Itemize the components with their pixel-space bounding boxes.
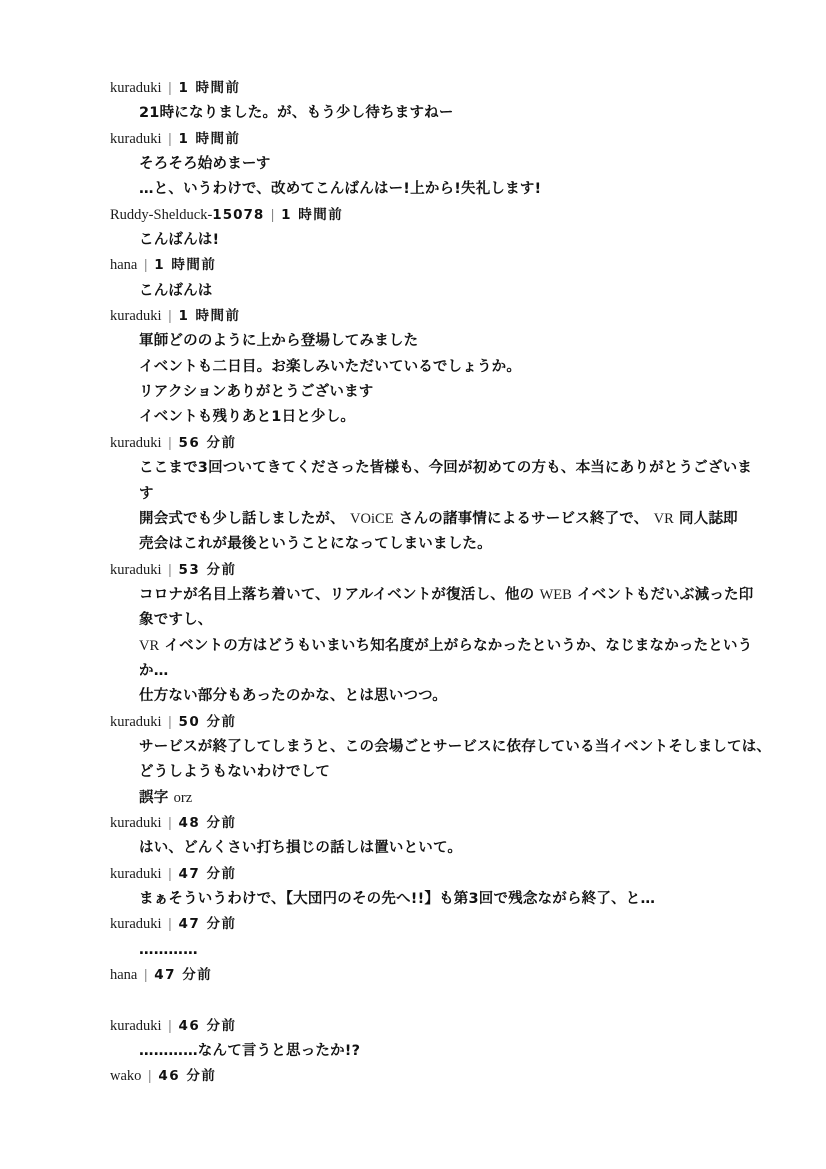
username: Ruddy-Shelduck-15078 (110, 207, 264, 223)
message-header: kuraduki|56 分前 (110, 431, 770, 456)
timestamp: 1 時間前 (154, 257, 216, 273)
message-header: wako|46 分前 (110, 1064, 770, 1089)
separator: | (271, 207, 274, 223)
timestamp: 1 時間前 (178, 131, 240, 147)
message-line: 誤字 orz (110, 786, 770, 811)
timestamp: 47 分前 (178, 916, 236, 932)
chat-message-block: kuraduki|47 分前………… (110, 912, 770, 963)
separator: | (169, 815, 172, 831)
separator: | (144, 967, 147, 983)
chat-message-block: kuraduki|1 時間前そろそろ始めまーす…と、いうわけで、改めてこんばんは… (110, 127, 770, 203)
separator: | (169, 80, 172, 96)
message-line: 軍師どののように上から登場してみました (110, 329, 770, 354)
username: hana (110, 257, 137, 273)
timestamp: 1 時間前 (178, 308, 240, 324)
message-header: kuraduki|1 時間前 (110, 76, 770, 101)
message-line: ………… (110, 938, 770, 963)
timestamp: 48 分前 (178, 815, 236, 831)
username: kuraduki (110, 815, 162, 831)
separator: | (144, 257, 147, 273)
separator: | (169, 562, 172, 578)
username: kuraduki (110, 435, 162, 451)
separator: | (169, 131, 172, 147)
message-header: kuraduki|47 分前 (110, 862, 770, 887)
message-header: hana|1 時間前 (110, 253, 770, 278)
chat-message-block: kuraduki|46 分前…………なんて言うと思ったか!? (110, 1014, 770, 1065)
username: hana (110, 967, 137, 983)
chat-message-block: wako|46 分前 (110, 1064, 770, 1089)
chat-message-block: kuraduki|53 分前コロナが名目上落ち着いて、リアルイベントが復活し、他… (110, 558, 770, 710)
timestamp: 46 分前 (178, 1018, 236, 1034)
message-header: kuraduki|47 分前 (110, 912, 770, 937)
message-header: kuraduki|50 分前 (110, 710, 770, 735)
message-header: kuraduki|53 分前 (110, 558, 770, 583)
chat-message-block: hana|1 時間前こんばんは (110, 253, 770, 304)
message-line: 象ですし、 (110, 608, 770, 633)
message-line: す (110, 482, 770, 507)
message-line: 21時になりました。が、もう少し待ちますねー (110, 101, 770, 126)
chat-message-block: Ruddy-Shelduck-15078|1 時間前こんばんは! (110, 203, 770, 254)
separator: | (169, 435, 172, 451)
message-header: kuraduki|46 分前 (110, 1014, 770, 1039)
message-header: Ruddy-Shelduck-15078|1 時間前 (110, 203, 770, 228)
message-line: まぁそういうわけで、【大団円のその先へ!!】も第3回で残念ながら終了、と… (110, 887, 770, 912)
separator: | (169, 916, 172, 932)
chat-message-block: kuraduki|56 分前ここまで3回ついてきてくださった皆様も、今回が初めて… (110, 431, 770, 558)
username: kuraduki (110, 562, 162, 578)
username: kuraduki (110, 1018, 162, 1034)
separator: | (169, 714, 172, 730)
timestamp: 50 分前 (178, 714, 236, 730)
document-page: kuraduki|1 時間前21時になりました。が、もう少し待ちますねーkura… (0, 0, 826, 1169)
message-line: イベントも二日目。お楽しみいただいているでしょうか。 (110, 355, 770, 380)
separator: | (148, 1068, 151, 1084)
chat-message-block: kuraduki|1 時間前軍師どののように上から登場してみましたイベントも二日… (110, 304, 770, 431)
latin-text: VR (654, 511, 674, 527)
message-line: か… (110, 659, 770, 684)
message-line: 仕方ない部分もあったのかな、とは思いつつ。 (110, 684, 770, 709)
chat-message-block: kuraduki|50 分前サービスが終了してしまうと、この会場ごとサービスに依… (110, 710, 770, 811)
timestamp: 47 分前 (154, 967, 212, 983)
message-line: はい、どんくさい打ち損じの話しは置いといて。 (110, 836, 770, 861)
username: kuraduki (110, 916, 162, 932)
message-line: そろそろ始めまーす (110, 152, 770, 177)
latin-text: WEB (540, 587, 572, 603)
message-line: …………なんて言うと思ったか!? (110, 1039, 770, 1064)
separator: | (169, 308, 172, 324)
chat-message-block: hana|47 分前 (110, 963, 770, 1014)
username: kuraduki (110, 714, 162, 730)
message-line: イベントも残りあと1日と少し。 (110, 405, 770, 430)
message-line: リアクションありがとうございます (110, 380, 770, 405)
timestamp: 46 分前 (158, 1068, 216, 1084)
timestamp: 1 時間前 (178, 80, 240, 96)
username: kuraduki (110, 131, 162, 147)
message-line: どうしようもないわけでして (110, 760, 770, 785)
separator: | (169, 866, 172, 882)
message-line: こんばんは (110, 279, 770, 304)
chat-message-block: kuraduki|1 時間前21時になりました。が、もう少し待ちますねー (110, 76, 770, 127)
message-header: kuraduki|48 分前 (110, 811, 770, 836)
username: kuraduki (110, 308, 162, 324)
message-header: kuraduki|1 時間前 (110, 304, 770, 329)
username: kuraduki (110, 80, 162, 96)
username-number: 15078 (212, 207, 264, 223)
timestamp: 53 分前 (178, 562, 236, 578)
message-line: …と、いうわけで、改めてこんばんはー!上から!失礼します! (110, 177, 770, 202)
timestamp: 47 分前 (178, 866, 236, 882)
message-line (110, 988, 770, 1013)
message-line: 開会式でも少し話しましたが、 VOiCE さんの諸事情によるサービス終了で、 V… (110, 507, 770, 532)
timestamp: 1 時間前 (281, 207, 343, 223)
message-line: ここまで3回ついてきてくださった皆様も、今回が初めての方も、本当にありがとうござ… (110, 456, 770, 481)
latin-text: VOiCE (350, 511, 394, 527)
message-line: サービスが終了してしまうと、この会場ごとサービスに依存している当イベントそしまし… (110, 735, 770, 760)
chat-message-block: kuraduki|47 分前まぁそういうわけで、【大団円のその先へ!!】も第3回… (110, 862, 770, 913)
latin-text: VR (139, 638, 159, 654)
username: kuraduki (110, 866, 162, 882)
separator: | (169, 1018, 172, 1034)
message-line: コロナが名目上落ち着いて、リアルイベントが復活し、他の WEB イベントもだいぶ… (110, 583, 770, 608)
message-line: こんばんは! (110, 228, 770, 253)
chat-message-block: kuraduki|48 分前はい、どんくさい打ち損じの話しは置いといて。 (110, 811, 770, 862)
chat-log: kuraduki|1 時間前21時になりました。が、もう少し待ちますねーkura… (110, 76, 770, 1090)
message-line: 売会はこれが最後ということになってしまいました。 (110, 532, 770, 557)
latin-text: orz (174, 790, 193, 806)
message-line: VR イベントの方はどうもいまいち知名度が上がらなかったというか、なじまなかった… (110, 634, 770, 659)
username: wako (110, 1068, 141, 1084)
message-header: hana|47 分前 (110, 963, 770, 988)
message-header: kuraduki|1 時間前 (110, 127, 770, 152)
timestamp: 56 分前 (178, 435, 236, 451)
